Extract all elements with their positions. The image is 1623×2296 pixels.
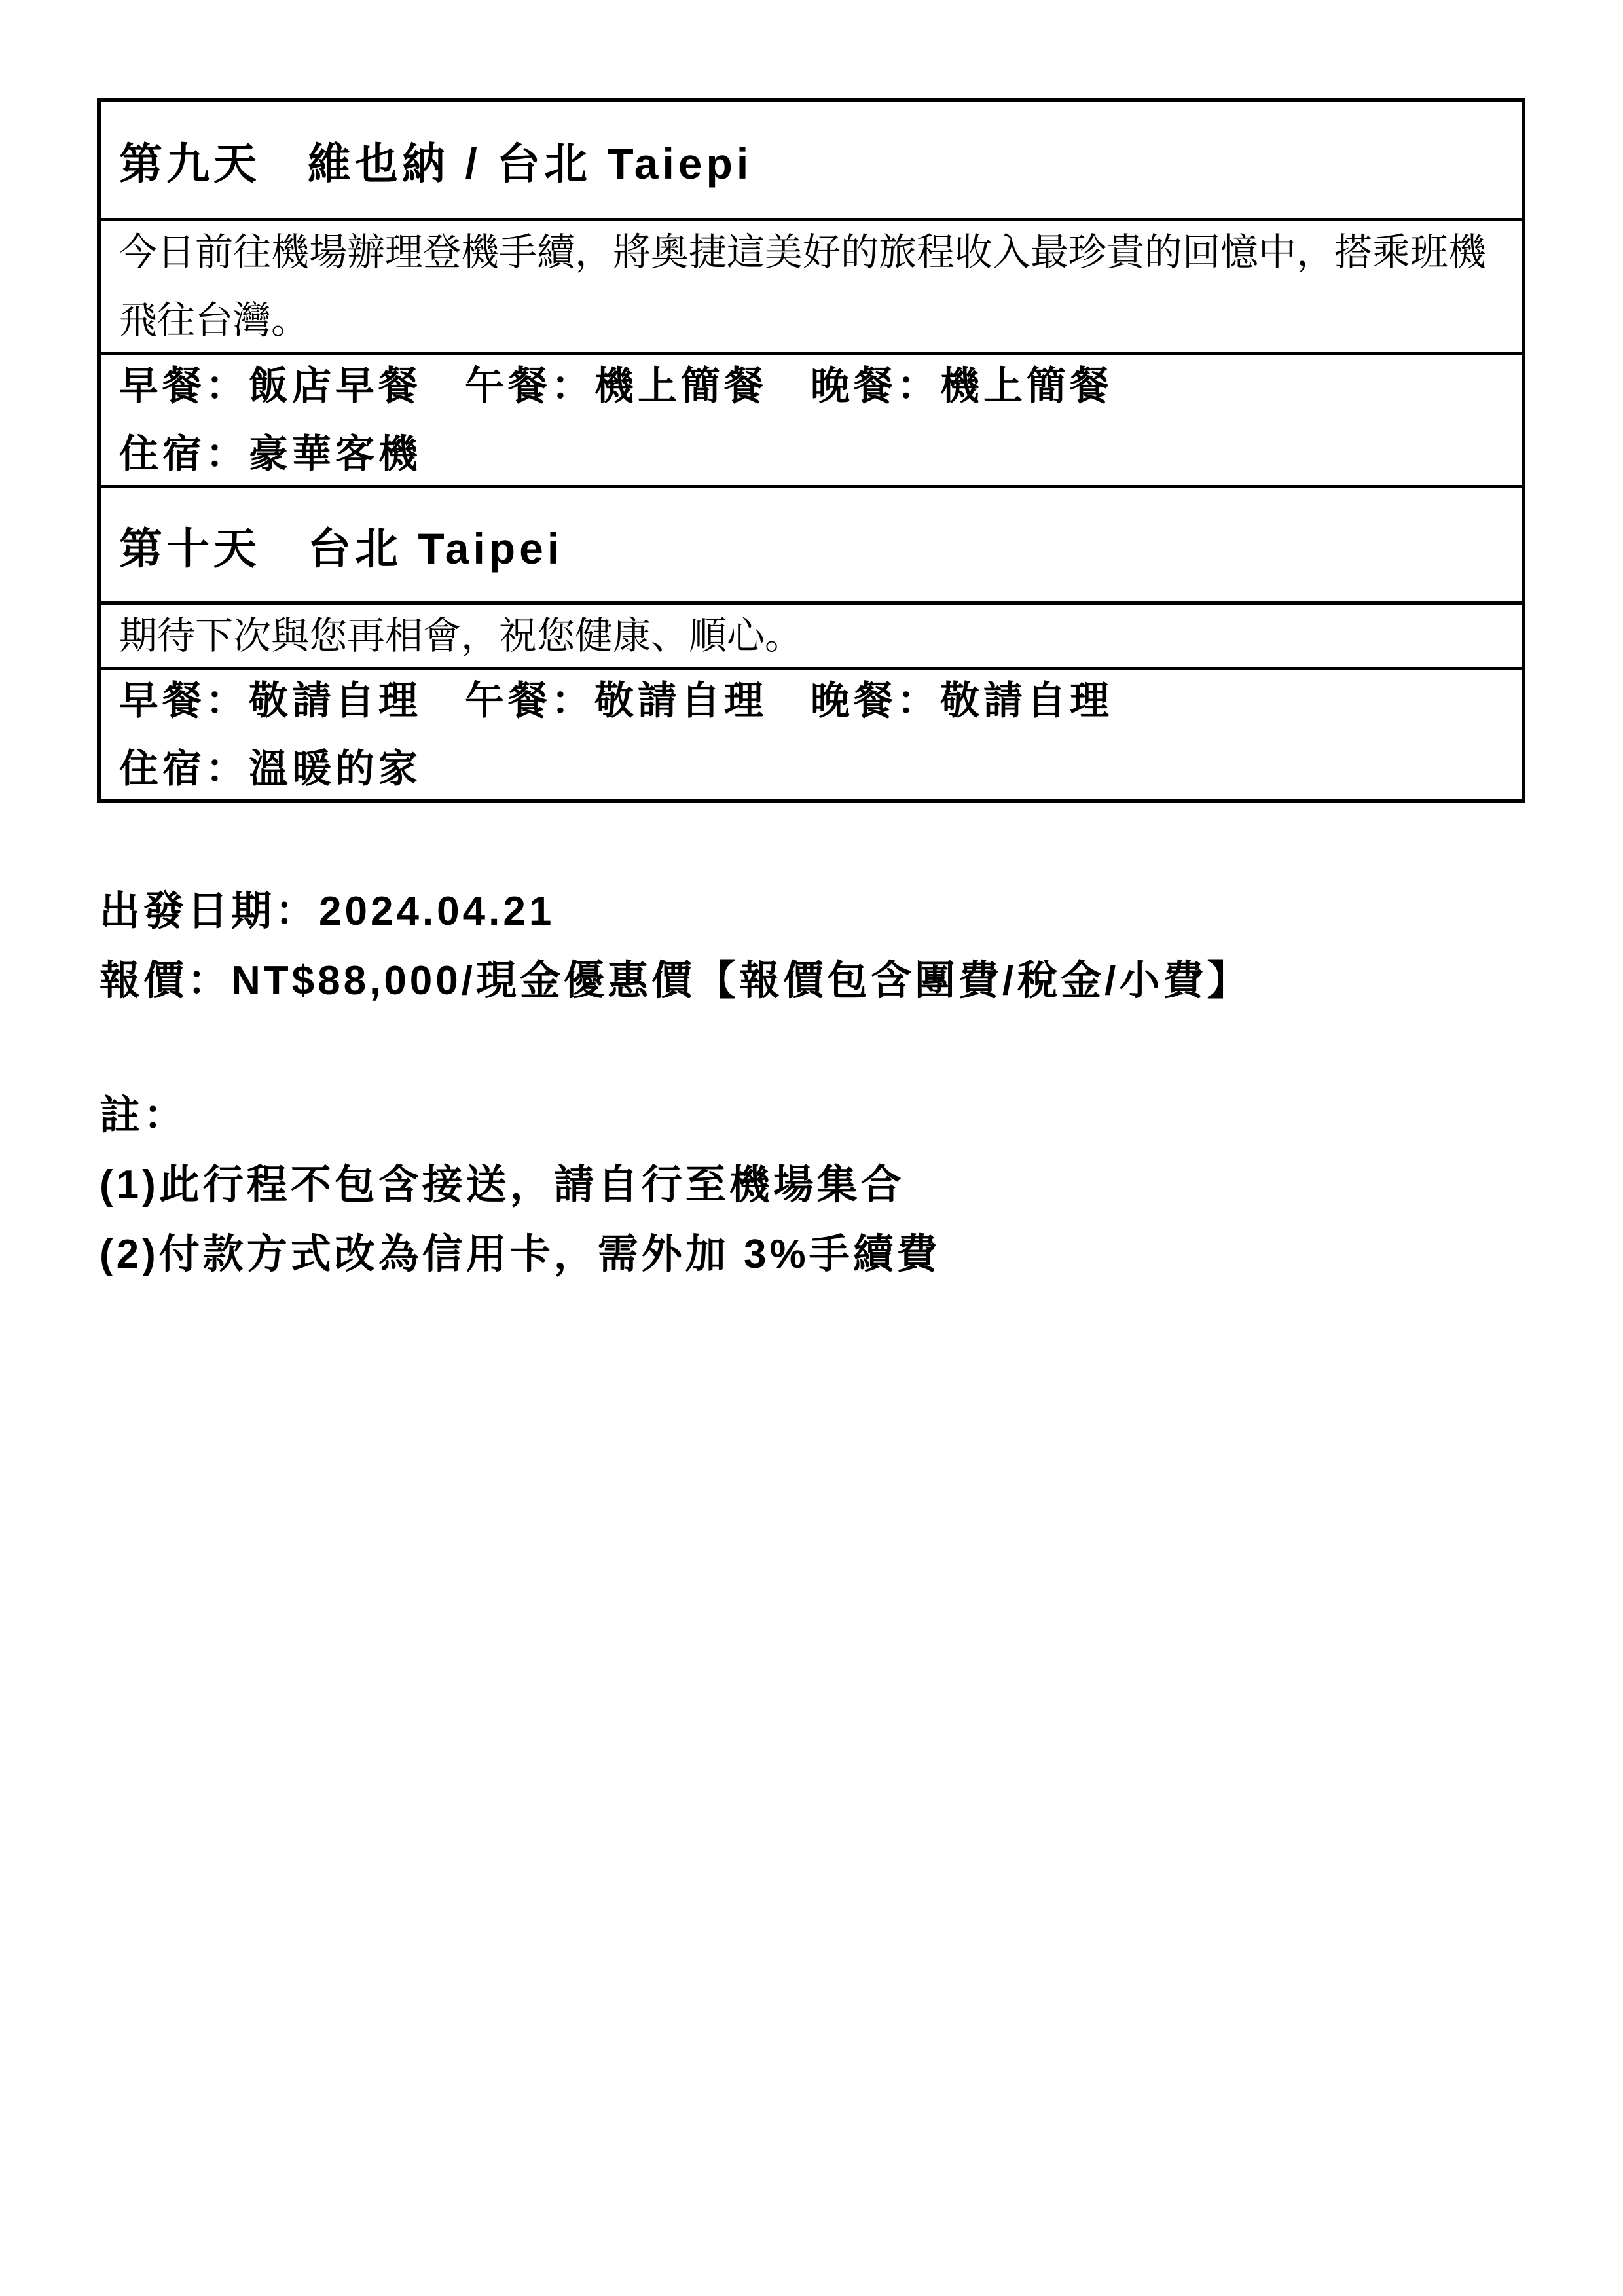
day9-description-line-1: 今日前往機場辦理登機手續，將奧捷這美好的旅程收入最珍貴的回憶中，搭乘班機 (119, 219, 1506, 287)
day9-title: 第九天 維也納 / 台北 Taiepi (119, 129, 1506, 191)
trip-summary: 出發日期：2024.04.21 報價：NT$88,000/現金優惠價【報價包含團… (100, 877, 1250, 1016)
day9-meals-row: 早餐：飯店早餐 午餐：機上簡餐 晚餐：機上簡餐 住宿：豪華客機 (101, 352, 1522, 485)
departure-date-line: 出發日期：2024.04.21 (100, 877, 1250, 946)
day10-meals-line: 早餐：敬請自理 午餐：敬請自理 晚餐：敬請自理 (119, 667, 1506, 735)
notes-section: 註： (1)此行程不包含接送，請自行至機場集合 (2)付款方式改為信用卡，需外加… (100, 1081, 941, 1289)
price-line: 報價：NT$88,000/現金優惠價【報價包含團費/稅金/小費】 (100, 946, 1250, 1016)
note-item-2: (2)付款方式改為信用卡，需外加 3%手續費 (100, 1220, 941, 1289)
itinerary-document-page: 第九天 維也納 / 台北 Taiepi 今日前往機場辦理登機手續，將奧捷這美好的… (0, 0, 1623, 2296)
day10-description-line-1: 期待下次與您再相會，祝您健康、順心。 (119, 602, 1506, 668)
day9-header-row: 第九天 維也納 / 台北 Taiepi (101, 102, 1522, 218)
day10-title: 第十天 台北 Taipei (119, 514, 1506, 576)
day10-header-row: 第十天 台北 Taipei (101, 485, 1522, 601)
day10-meals-row: 早餐：敬請自理 午餐：敬請自理 晚餐：敬請自理 住宿：溫暖的家 (101, 667, 1522, 799)
notes-title: 註： (100, 1081, 941, 1151)
day10-stay-line: 住宿：溫暖的家 (119, 735, 1506, 800)
day9-description-row: 今日前往機場辦理登機手續，將奧捷這美好的旅程收入最珍貴的回憶中，搭乘班機 飛往台… (101, 218, 1522, 352)
itinerary-table: 第九天 維也納 / 台北 Taiepi 今日前往機場辦理登機手續，將奧捷這美好的… (97, 98, 1525, 803)
day9-description-line-2: 飛往台灣。 (119, 287, 1506, 352)
day9-stay-line: 住宿：豪華客機 (119, 420, 1506, 485)
note-item-1: (1)此行程不包含接送，請自行至機場集合 (100, 1151, 941, 1220)
day10-description-row: 期待下次與您再相會，祝您健康、順心。 (101, 601, 1522, 667)
day9-meals-line: 早餐：飯店早餐 午餐：機上簡餐 晚餐：機上簡餐 (119, 352, 1506, 420)
